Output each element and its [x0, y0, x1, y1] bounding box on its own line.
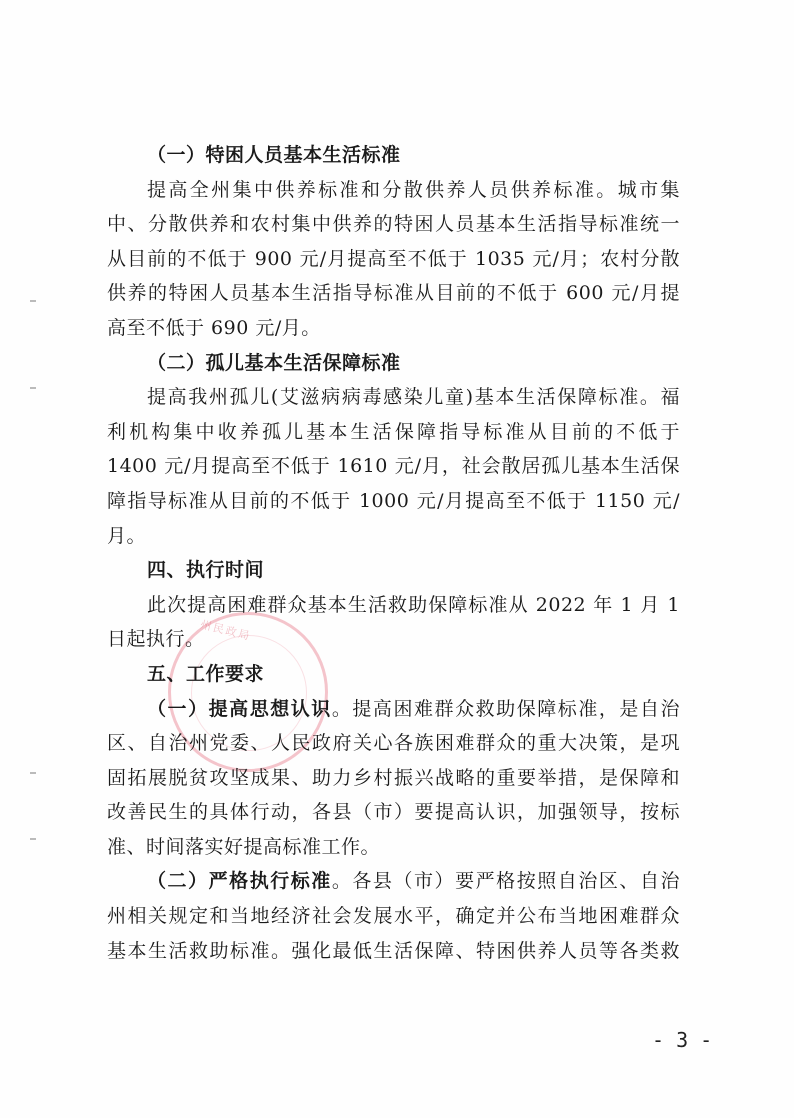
subsection-lead: （二）严格执行标准 [147, 870, 332, 892]
paragraph-line: 从目前的不低于 900 元/月提高至不低于 1035 元/月；农村分散 [107, 242, 680, 277]
paragraph-line: （二）严格执行标准。各县（市）要严格按照自治区、自治 [107, 864, 680, 899]
paragraph-line: 高至不低于 690 元/月。 [107, 311, 680, 346]
paragraph-line: （一）提高思想认识。提高困难群众救助保障标准，是自治 [107, 692, 680, 727]
subsection-lead: （一）提高思想认识 [147, 698, 332, 720]
paragraph-line: 提高我州孤儿(艾滋病病毒感染儿童)基本生活保障标准。福 [107, 380, 680, 415]
scan-margin-mark [30, 300, 36, 302]
section-heading: （二）孤儿基本生活保障标准 [107, 346, 680, 381]
section-heading: 四、执行时间 [107, 553, 680, 588]
paragraph-line: 中、分散供养和农村集中供养的特困人员基本生活指导标准统一 [107, 207, 680, 242]
scan-margin-mark [30, 387, 36, 389]
paragraph-line: 1400 元/月提高至不低于 1610 元/月，社会散居孤儿基本生活保 [107, 449, 680, 484]
scan-margin-mark [30, 838, 36, 840]
paragraph-line: 障指导标准从目前的不低于 1000 元/月提高至不低于 1150 元/ [107, 484, 680, 519]
paragraph-text: 。提高困难群众救助保障标准，是自治 [332, 698, 680, 720]
paragraph-line: 基本生活救助标准。强化最低生活保障、特困供养人员等各类救 [107, 934, 680, 969]
page-number: - 3 - [652, 1028, 712, 1052]
paragraph-line: 改善民生的具体行动，各县（市）要提高认识，加强领导，按标 [107, 795, 680, 830]
paragraph-line: 利机构集中收养孤儿基本生活保障指导标准从目前的不低于 [107, 415, 680, 450]
document-page: 州民政局 （一）特困人员基本生活标准 提高全州集中供养标准和分散供养人员供养标准… [0, 0, 794, 1118]
paragraph-line: 月。 [107, 519, 680, 554]
paragraph-line: 此次提高困难群众基本生活救助保障标准从 2022 年 1 月 1 [107, 588, 680, 623]
paragraph-text: 。各县（市）要严格按照自治区、自治 [332, 870, 680, 892]
paragraph-line: 区、自治州党委、人民政府关心各族困难群众的重大决策，是巩 [107, 726, 680, 761]
document-body: （一）特困人员基本生活标准 提高全州集中供养标准和分散供养人员供养标准。城市集 … [107, 138, 680, 968]
scan-margin-mark [30, 772, 36, 774]
paragraph-line: 提高全州集中供养标准和分散供养人员供养标准。城市集 [107, 173, 680, 208]
paragraph-line: 州相关规定和当地经济社会发展水平，确定并公布当地困难群众 [107, 899, 680, 934]
section-heading: （一）特困人员基本生活标准 [107, 138, 680, 173]
paragraph-line: 固拓展脱贫攻坚成果、助力乡村振兴战略的重要举措，是保障和 [107, 761, 680, 796]
paragraph-line: 日起执行。 [107, 622, 680, 657]
paragraph-line: 供养的特困人员基本生活指导标准从目前的不低于 600 元/月提 [107, 276, 680, 311]
paragraph-line: 准、时间落实好提高标准工作。 [107, 830, 680, 865]
section-heading: 五、工作要求 [107, 657, 680, 692]
